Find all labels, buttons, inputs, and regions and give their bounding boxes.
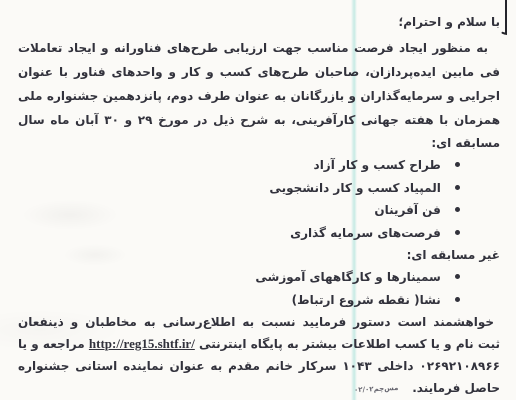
- intro-line-2: فی مابین ایده‌پردازان، صاحبان طرح‌های کس…: [18, 60, 500, 84]
- closing-final-words: حاصل فرمایند.: [412, 381, 500, 395]
- list-item: فن آفرینان: [18, 199, 460, 222]
- intro-line-3: اجرایی و سرمایه‌گذاران و بازرگانان به عن…: [18, 84, 500, 108]
- list-item: المپیاد کسب و کار دانشجویی: [18, 177, 460, 200]
- bullet-icon: [455, 207, 460, 212]
- list-item-label: فرصت‌های سرمایه گذاری: [290, 226, 441, 240]
- bullet-icon: [455, 274, 460, 279]
- bullet-icon: [455, 162, 460, 167]
- bullet-icon: [455, 230, 460, 235]
- list-item-label: سمینارها و کارگاههای آموزشی: [255, 270, 440, 284]
- list-item-label: نشا( نقطه شروع ارتباط): [292, 293, 441, 307]
- closing-paragraph: خواهشمند است دستور فرمایید نسبت به اطلاع…: [18, 311, 500, 399]
- list-item: طراح کسب و کار آزاد: [18, 154, 460, 177]
- competitive-items-list: طراح کسب و کار آزاد المپیاد کسب و کار دا…: [18, 154, 460, 244]
- list-item: سمینارها و کارگاههای آموزشی: [18, 266, 460, 289]
- list-item-label: طراح کسب و کار آزاد: [314, 158, 441, 172]
- intro-paragraph: به منظور ایجاد فرصت مناسب جهت ارزیابی طر…: [18, 36, 500, 132]
- intro-line-4: همزمان با هفته جهانی کارآفرینی، به شرح ذ…: [18, 108, 500, 132]
- registration-url-link[interactable]: http://reg15.shtf.ir/: [89, 336, 195, 351]
- closing-line-2-before-url: ثبت نام و یا کسب اطلاعات بیشتر به پایگاه…: [199, 337, 500, 351]
- closing-line-1: خواهشمند است دستور فرمایید نسبت به اطلاع…: [18, 311, 500, 333]
- noncompetitive-items-list: سمینارها و کارگاههای آموزشی نشا( نقطه شر…: [18, 266, 460, 311]
- bullet-icon: [455, 185, 460, 190]
- noncompetitive-section-heading: غیر مسابقه ای:: [18, 244, 500, 266]
- bullet-icon: [455, 297, 460, 302]
- letter-body: با سلام و احترام؛ به منظور ایجاد فرصت من…: [18, 10, 500, 399]
- handwritten-note: مس‌چم۰۲/۰۲: [353, 377, 399, 399]
- scanned-letter-page: با سلام و احترام؛ به منظور ایجاد فرصت من…: [0, 0, 516, 400]
- list-item: نشا( نقطه شروع ارتباط): [18, 289, 460, 312]
- greeting-line: با سلام و احترام؛: [18, 10, 500, 34]
- closing-line-2: ثبت نام و یا کسب اطلاعات بیشتر به پایگاه…: [18, 333, 500, 355]
- competitive-section-heading: مسابقه ای:: [18, 132, 500, 154]
- closing-line-4: حاصل فرمایند. مس‌چم۰۲/۰۲: [18, 377, 500, 399]
- pen-stroke-corner-mark: [505, 0, 507, 35]
- list-item-label: فن آفرینان: [374, 203, 440, 217]
- list-item: فرصت‌های سرمایه گذاری: [18, 222, 460, 245]
- closing-line-3-phone: ۰۲۶۹۲۱۰۸۹۶۶ داخلی ۱۰۴۳ سرکار خانم مقدم ب…: [18, 355, 500, 377]
- list-item-label: المپیاد کسب و کار دانشجویی: [269, 181, 440, 195]
- intro-line-1: به منظور ایجاد فرصت مناسب جهت ارزیابی طر…: [18, 36, 500, 60]
